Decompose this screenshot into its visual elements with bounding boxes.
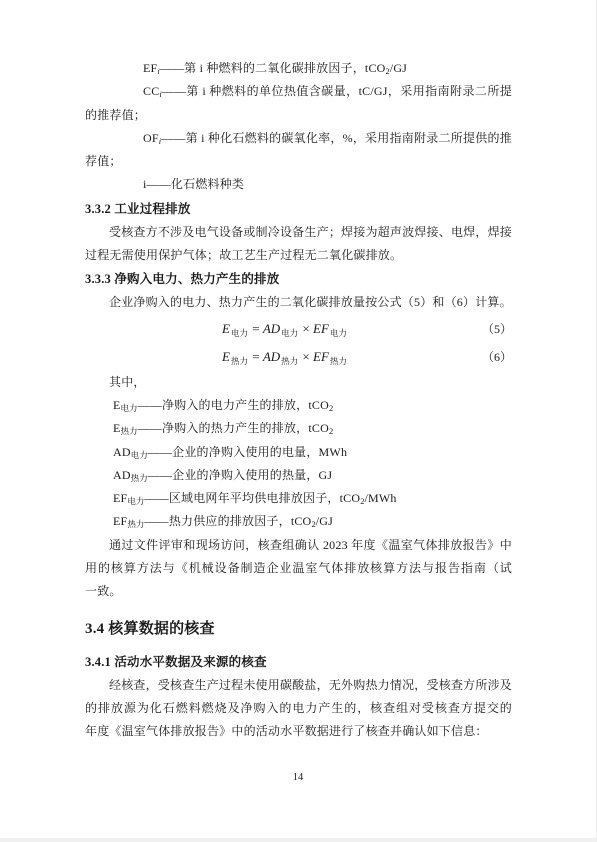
para-industrial-process-line-2: 过程无需使用保护气体；故工艺生产过程无二氧化碳排放。 [85, 244, 512, 267]
def-line-e-electricity: E电力——净购入的电力产生的排放，tCO2 [85, 394, 512, 417]
def-line-e-heat: E热力——净购入的热力产生的排放，tCO2 [85, 417, 512, 440]
formula-electricity-row: E电力 = AD电力 × EF电力 （5） [85, 315, 512, 343]
page-number: 14 [0, 772, 596, 783]
heading-3-3-2: 3.3.2 工业过程排放 [85, 197, 512, 221]
para-activity-data-line-3: 年度《温室气体排放报告》中的活动水平数据进行了核查并确认如下信息： [85, 720, 512, 743]
formula-electricity-number: （5） [482, 315, 512, 343]
def-line-cc-i-continuation: 的推荐值； [85, 104, 512, 127]
def-line-of-i: OFi——第 i 种化石燃料的碳氧化率，%，采用指南附录二所提供的推 [85, 127, 512, 150]
def-line-ef-i: EFi——第 i 种燃料的二氧化碳排放因子，tCO2/GJ [85, 57, 512, 80]
para-industrial-process-line-1: 受核查方不涉及电气设备或制冷设备生产；焊接为超声波焊接、电焊，焊接 [85, 221, 512, 244]
document-page: EFi——第 i 种燃料的二氧化碳排放因子，tCO2/GJ CCi——第 i 种… [0, 0, 597, 842]
para-net-purchase-intro: 企业净购入的电力、热力产生的二氧化碳排放量按公式（5）和（6）计算。 [85, 291, 512, 314]
para-method-confirm-line-1: 通过文件评审和现场访问，核查组确认 2023 年度《温室气体排放报告》中采 [85, 534, 512, 557]
para-method-confirm-line-2: 用的核算方法与《机械设备制造企业温室气体排放核算方法与报告指南（试行）》 [85, 557, 512, 580]
para-activity-data-line-1: 经核查，受核查生产过程未使用碳酸盐，无外购热力情况，受核查方所涉及 [85, 674, 512, 697]
def-line-ad-electricity: AD电力——企业的净购入使用的电量，MWh [85, 441, 512, 464]
formula-heat-row: E热力 = AD热力 × EF热力 （6） [85, 343, 512, 371]
heading-3-4-1: 3.4.1 活动水平数据及来源的核查 [85, 650, 512, 674]
def-line-ad-heat: AD热力——企业的净购入使用的热量，GJ [85, 464, 512, 487]
para-where-label: 其中， [85, 371, 512, 394]
page-bottom-edge [0, 838, 596, 842]
formula-heat-expression: E热力 = AD热力 × EF热力 [222, 343, 348, 371]
def-line-fuel-type: i——化石燃料种类 [85, 173, 512, 196]
para-activity-data-line-2: 的排放源为化石燃料燃烧及净购入的电力产生的，核查组对受核查方提交的 2023 [85, 697, 512, 720]
def-line-cc-i: CCi——第 i 种燃料的单位热值含碳量，tC/GJ，采用指南附录二所提供 [85, 80, 512, 103]
heading-3-3-3: 3.3.3 净购入电力、热力产生的排放 [85, 267, 512, 291]
para-method-confirm-line-3: 一致。 [85, 580, 512, 603]
def-line-ef-heat: EF热力——热力供应的排放因子，tCO2/GJ [85, 510, 512, 533]
heading-3-4: 3.4 核算数据的核查 [85, 614, 512, 644]
def-line-of-i-continuation: 荐值； [85, 150, 512, 173]
def-line-ef-electricity: EF电力——区域电网年平均供电排放因子，tCO2/MWh [85, 487, 512, 510]
formula-heat-number: （6） [482, 343, 512, 371]
formula-electricity-expression: E电力 = AD电力 × EF电力 [222, 315, 348, 343]
document-body: EFi——第 i 种燃料的二氧化碳排放因子，tCO2/GJ CCi——第 i 种… [85, 57, 512, 744]
